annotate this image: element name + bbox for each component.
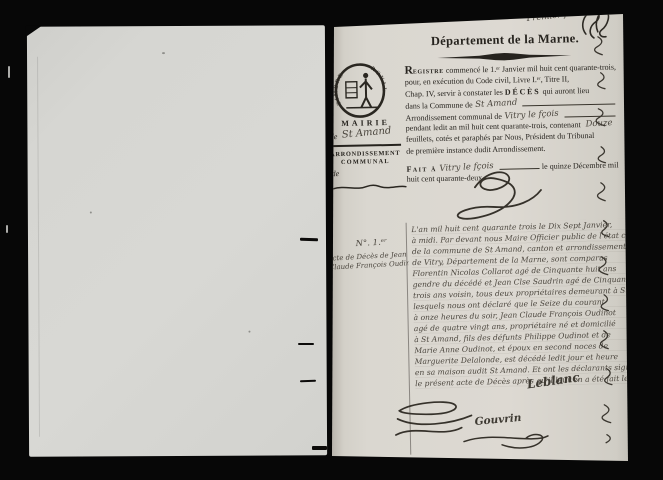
paper-speck [90,211,92,213]
witness2-signature-flourish [462,423,572,451]
printed-text-segment: DÉCÈS [505,86,541,98]
printed-text-segment: egistre [413,65,444,77]
edge-paraph-marks-icon [590,30,624,452]
page-title: Département de la Marne. [407,31,603,50]
binding-stitch [312,446,327,450]
page-crease [37,57,40,437]
scanned-register-page: Premier fol. Département de la Marne. [0,0,663,480]
timbre-royal-seal-icon: TIMBRE ROYAL [332,61,387,122]
printed-text-segment: R [404,67,412,75]
left-blank-page [27,25,327,457]
paper-speck [162,52,165,54]
printed-text-segment: Chap. IV, servir à constater les [405,86,505,99]
column-rule [329,144,401,147]
margin-act-number-note: N°. 1.ᵉʳacte de Décès de JeanClaude Fran… [327,237,409,273]
paper-speck [248,331,250,333]
de-label: de [332,169,340,178]
page-edge-sliver [6,225,8,233]
printed-text-segment: de première instance dudit Arrondissemen… [406,143,545,157]
swash-rule [331,182,407,194]
page-edge-sliver [8,66,10,78]
binding-stitch [298,343,314,345]
de-label: de [330,132,338,141]
register-page: Premier fol. Département de la Marne. [332,12,628,464]
president-signature-flourish [444,164,549,228]
margin-note-line: N°. 1.ᵉʳ [355,237,407,249]
communal-label: COMMUNAL [328,158,402,166]
cover-corner-notch [26,26,42,37]
register-printed-text: Registre commencé le 1.ᵉʳ Janvier mil hu… [404,61,618,156]
swelled-rule-divider [437,51,571,62]
